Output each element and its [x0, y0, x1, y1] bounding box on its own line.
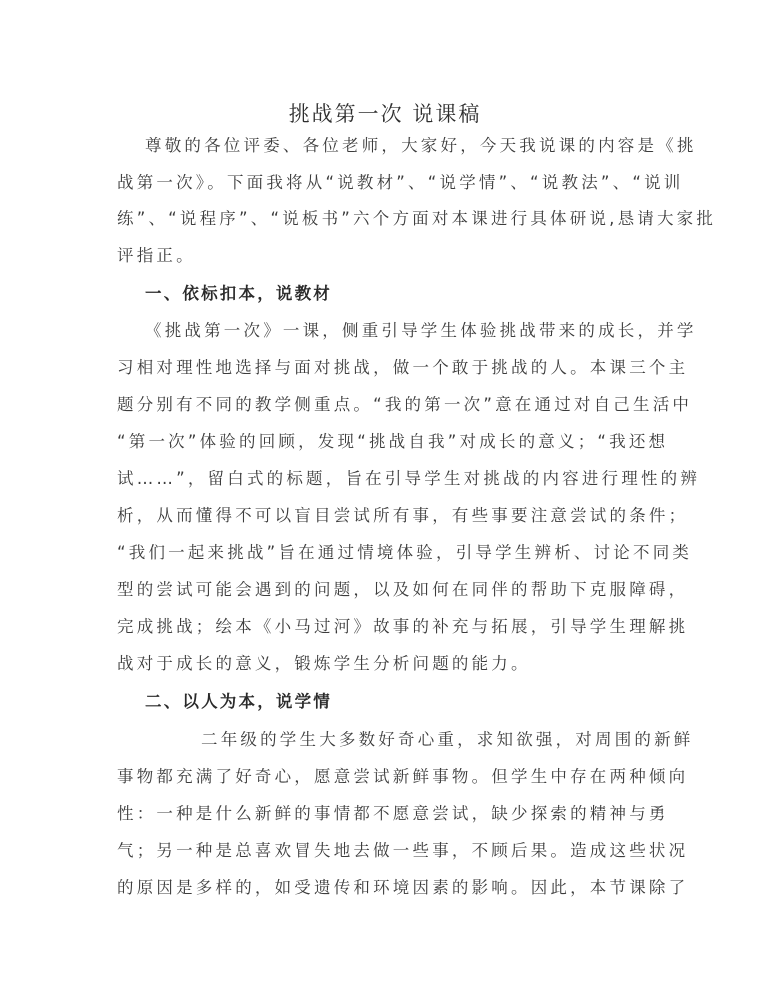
textbook-line-8: 型的尝试可能会遇到的问题，以及如何在同伴的帮助下克服障碍，	[117, 578, 688, 602]
textbook-line-1: 《挑战第一次》一课，侧重引导学生体验挑战带来的成长，并学	[145, 319, 697, 343]
students-line-4: 气；另一种是总喜欢冒失地去做一些事，不顾后果。造成这些状况	[117, 839, 688, 863]
intro-line-2: 战第一次》。下面我将从“说教材”、“说学情”、“说教法”、“说训	[117, 171, 684, 195]
students-line-5: 的原因是多样的，如受遗传和环境因素的影响。因此，本节课除了	[117, 876, 688, 900]
textbook-line-10: 战对于成长的意义，锻炼学生分析问题的能力。	[117, 652, 531, 676]
students-line-3: 性：一种是什么新鲜的事情都不愿意尝试，缺少探索的精神与勇	[117, 802, 669, 826]
textbook-line-7: “我们一起来挑战”旨在通过情境体验，引导学生辨析、讨论不同类	[117, 541, 692, 565]
intro-line-1: 尊敬的各位评委、各位老师，大家好，今天我说课的内容是《挑	[145, 134, 697, 158]
document-title: 挑战第一次 说课稿	[0, 100, 770, 128]
document-page: 挑战第一次 说课稿 尊敬的各位评委、各位老师，大家好，今天我说课的内容是《挑 战…	[0, 0, 770, 1000]
section-heading-textbook: 一、依标扣本，说教材	[145, 282, 332, 306]
textbook-line-3: 题分别有不同的教学侧重点。“我的第一次”意在通过对自己生活中	[117, 393, 692, 417]
students-line-2: 事物都充满了好奇心，愿意尝试新鲜事物。但学生中存在两种倾向	[117, 765, 688, 789]
intro-line-4: 评指正。	[117, 244, 196, 268]
textbook-line-4: “第一次”体验的回顾，发现“挑战自我”对成长的意义；“我还想	[117, 430, 668, 454]
textbook-line-5: 试……”，留白式的标题，旨在引导学生对挑战的内容进行理性的辨	[117, 467, 700, 491]
section-heading-students: 二、以人为本，说学情	[145, 690, 332, 714]
intro-line-3: 练”、“说程序”、“说板书”六个方面对本课进行具体研说,恳请大家批	[117, 207, 716, 231]
textbook-line-2: 习相对理性地选择与面对挑战，做一个敢于挑战的人。本课三个主	[117, 356, 688, 380]
students-line-1: 二年级的学生大多数好奇心重，求知欲强，对周围的新鲜	[201, 728, 694, 752]
textbook-line-9: 完成挑战；绘本《小马过河》故事的补充与拓展，引导学生理解挑	[117, 615, 688, 639]
textbook-line-6: 析，从而懂得不可以盲目尝试所有事，有些事要注意尝试的条件；	[117, 504, 688, 528]
